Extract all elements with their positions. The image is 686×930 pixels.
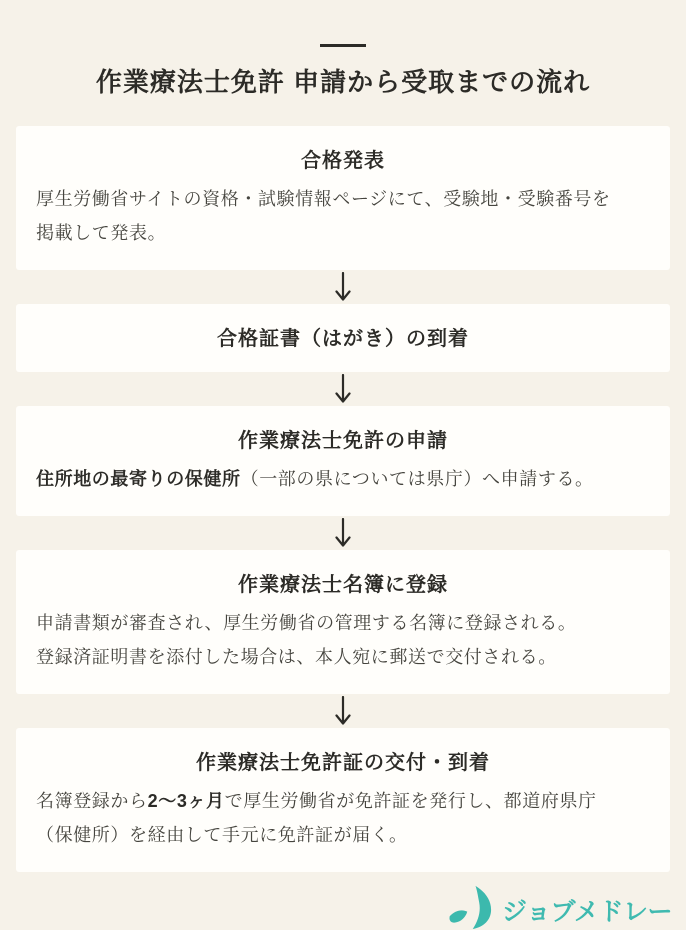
- brand-crescent-icon: [448, 884, 492, 930]
- step-card-certificate-arrival: 合格証書（はがき）の到着: [16, 304, 670, 372]
- down-arrow-icon: [16, 694, 670, 728]
- flow-chart: 合格発表 厚生労働省サイトの資格・試験情報ページにて、受験地・受験番号を 掲載し…: [16, 126, 670, 872]
- down-arrow-icon: [16, 372, 670, 406]
- step-card-results-announcement: 合格発表 厚生労働省サイトの資格・試験情報ページにて、受験地・受験番号を 掲載し…: [16, 126, 670, 270]
- step-card-license-delivery: 作業療法士免許証の交付・到着 名簿登録から2～3ヶ月で厚生労働省が免許証を発行し…: [16, 728, 670, 872]
- title-divider: [320, 44, 366, 47]
- footer: ジョブメドレー: [0, 884, 672, 930]
- down-arrow-icon: [16, 270, 670, 304]
- step-card-registry-registration: 作業療法士名簿に登録 申請書類が審査され、厚生労働省の管理する名簿に登録される。…: [16, 550, 670, 694]
- step-description: 申請書類が審査され、厚生労働省の管理する名簿に登録される。 登録済証明書を添付し…: [36, 606, 650, 674]
- brand-name: ジョブメドレー: [502, 892, 672, 928]
- step-heading: 合格証書（はがき）の到着: [36, 326, 650, 352]
- page-title: 作業療法士免許 申請から受取までの流れ: [0, 62, 686, 102]
- step-heading: 合格発表: [36, 148, 650, 174]
- step-card-license-application: 作業療法士免許の申請 住所地の最寄りの保健所（一部の県については県庁）へ申請する…: [16, 406, 670, 516]
- step-heading: 作業療法士免許の申請: [36, 428, 650, 454]
- step-heading: 作業療法士名簿に登録: [36, 572, 650, 598]
- step-description: 厚生労働省サイトの資格・試験情報ページにて、受験地・受験番号を 掲載して発表。: [36, 182, 650, 250]
- infographic: 作業療法士免許 申請から受取までの流れ 合格発表 厚生労働省サイトの資格・試験情…: [0, 44, 686, 930]
- step-description: 住所地の最寄りの保健所（一部の県については県庁）へ申請する。: [36, 462, 650, 496]
- down-arrow-icon: [16, 516, 670, 550]
- step-description: 名簿登録から2～3ヶ月で厚生労働省が免許証を発行し、都道府県庁 （保健所）を経由…: [36, 784, 650, 852]
- step-heading: 作業療法士免許証の交付・到着: [36, 750, 650, 776]
